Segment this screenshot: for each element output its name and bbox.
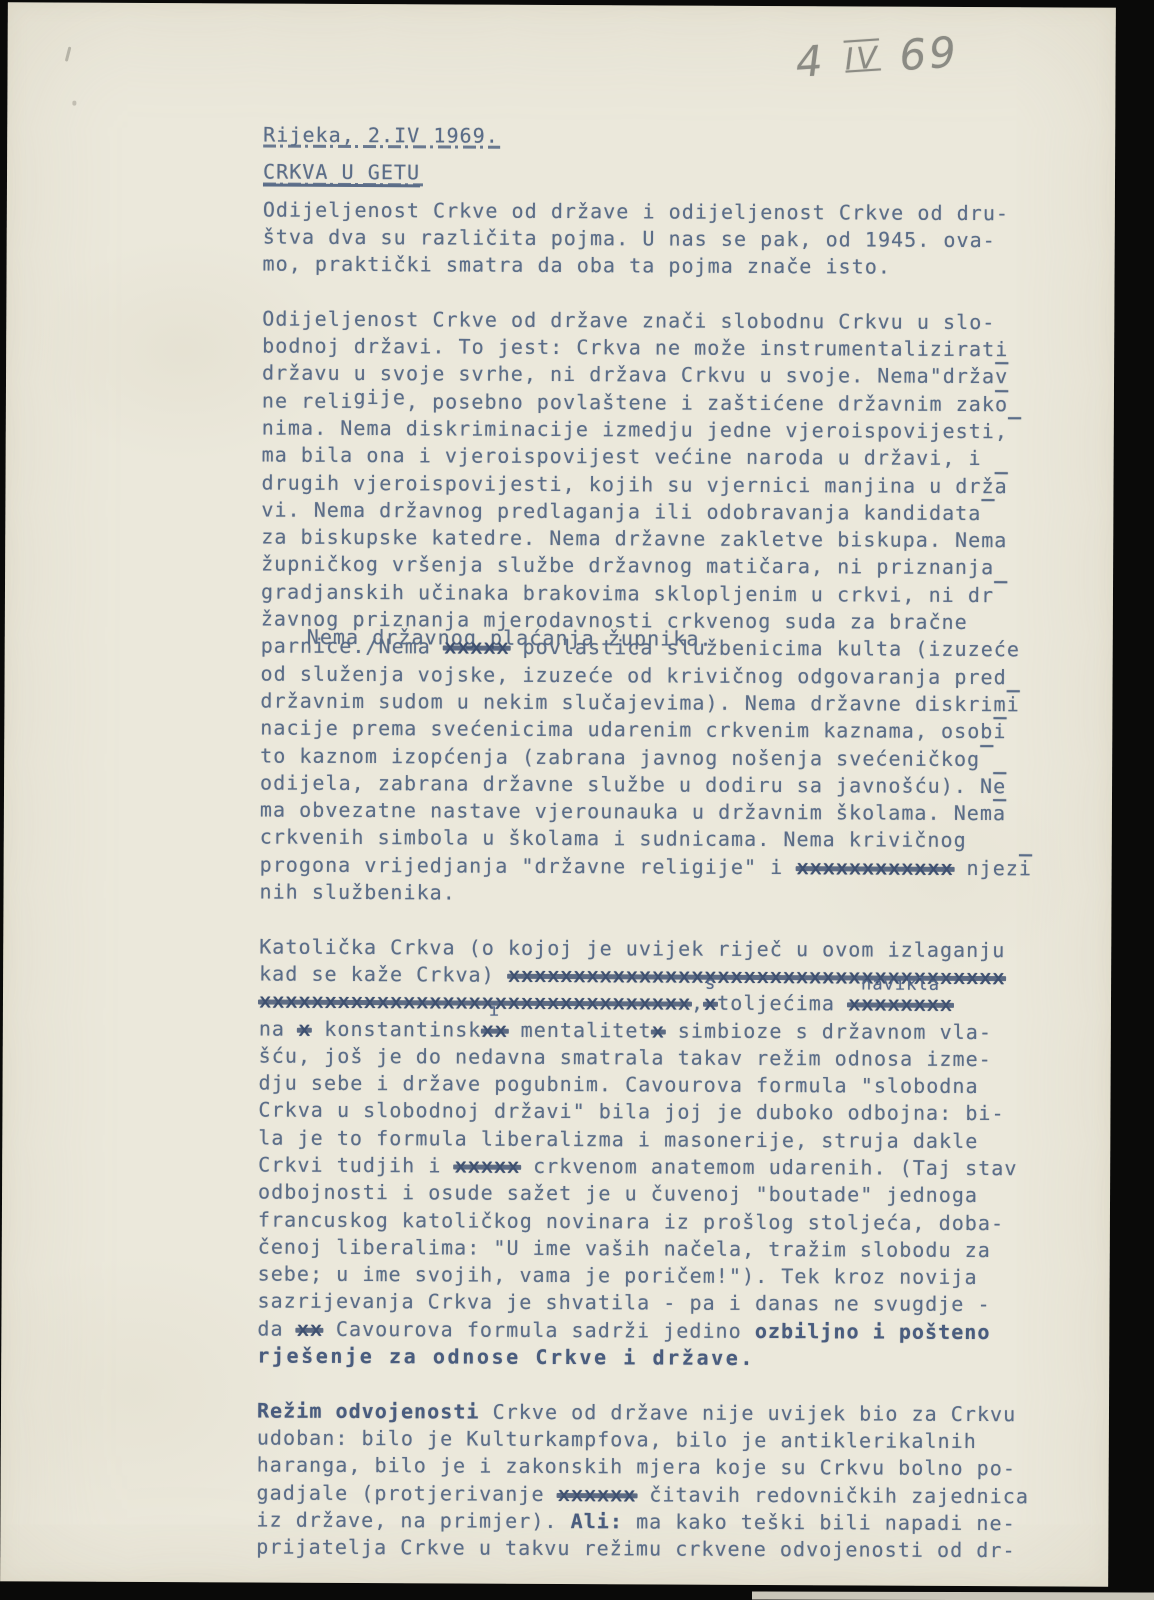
typed-line: iz države, na primjer). Ali: ma kako teš…: [256, 1506, 1056, 1537]
typed-segment: [981, 501, 994, 525]
struck-out-text: x: [298, 1016, 311, 1040]
paragraph-4: Režim odvojenosti Crkve od države nije u…: [256, 1397, 1057, 1565]
typed-line: dju sebe i države pogubnim. Cavourova fo…: [259, 1070, 1059, 1101]
photo-edge-sliver: [752, 1591, 1154, 1600]
typed-line: rješenje za odnose Crkve i države.: [257, 1343, 1057, 1374]
typed-line: haranga, bilo je i zakonskih mjera koje …: [257, 1452, 1057, 1483]
typed-segment: a: [993, 801, 1006, 825]
typewritten-page: 4 IV 69 Rijeka, 2.IV 1969. CRKVA U GETU …: [0, 2, 1116, 1586]
typed-segment: [1008, 419, 1021, 443]
typed-line: vi. Nema državnog predlaganja ili odobra…: [261, 496, 1061, 527]
typed-line: progona vrijedjanja "državne religije" i…: [260, 851, 1060, 882]
handwritten-month-roman: IV: [844, 40, 882, 77]
typed-segment: [994, 583, 1007, 607]
struck-out-text: xxxxxxxxnavikla: [848, 992, 953, 1017]
struck-out-text: xs: [704, 991, 717, 1015]
typed-line: gadjale (protjerivanje xxxxxx čitavih re…: [257, 1479, 1057, 1510]
typed-line: štva dva su različita pojma. U nas se pa…: [263, 223, 1063, 254]
typed-line: sazrijevanja Crkva je shvatila - pa i da…: [257, 1288, 1057, 1319]
typed-line: od služenja vojske, izuzeće od krivičnog…: [261, 660, 1061, 691]
typed-segment: Režim odvojenosti: [257, 1398, 480, 1423]
typed-line: nima. Nema diskriminacije izmedju jedne …: [262, 415, 1062, 446]
typed-line: gradjanskih učinaka brakovima sklopljeni…: [261, 578, 1061, 609]
typed-line: odbojnosti i osude sažet je u čuvenoj "b…: [258, 1179, 1058, 1210]
struck-out-text: xxxxx: [455, 1153, 521, 1177]
struck-out-text: xxxxxxxxxxxx: [796, 855, 953, 880]
typed-line: udoban: bilo je Kulturkampfova, bilo je …: [257, 1424, 1057, 1455]
typed-text-block: Rijeka, 2.IV 1969. CRKVA U GETU Odijelje…: [256, 122, 1063, 1565]
typed-correction-above: s: [705, 976, 716, 993]
typed-segment: [980, 747, 993, 771]
typed-line: Režim odvojenosti Crkve od države nije u…: [257, 1397, 1057, 1428]
pencil-tick-mark: [65, 46, 72, 61]
typed-segment: e: [993, 774, 1006, 798]
typed-line: bodnoj državi. To jest: Crkva ne može in…: [262, 333, 1062, 364]
paragraph-1: Odijeljenost Crkve od države i odijeljen…: [263, 196, 1063, 282]
typed-line: la je to formula liberalizma i masonerij…: [258, 1124, 1058, 1155]
typed-line: Odijeljenost Crkve od države i odijeljen…: [263, 196, 1063, 227]
handwritten-year: 69: [898, 27, 961, 80]
typed-paragraphs: Odijeljenost Crkve od države i odijeljen…: [256, 196, 1063, 1565]
typed-line: prijatelja Crkve u takvu režimu crkvene …: [256, 1534, 1056, 1565]
typed-line: francuskog katoličkog novinara iz prošlo…: [258, 1206, 1058, 1237]
typed-segment: rješenje za odnose Crkve i države.: [257, 1344, 755, 1370]
typed-segment: i: [1019, 856, 1032, 880]
typed-line: Crkva u slobodnoj državi" bila joj je du…: [258, 1097, 1058, 1128]
typed-segment: o: [995, 392, 1008, 416]
struck-out-text: xxxxx: [444, 635, 510, 659]
typed-line: župničkog vršenja službe državnog matiča…: [261, 551, 1061, 582]
typed-segment: gije: [354, 385, 406, 409]
typed-segment: v: [995, 365, 1008, 389]
typed-line: za biskupske katedre. Nema državne zakle…: [261, 524, 1061, 555]
typed-segment: i: [1007, 692, 1020, 716]
typed-line: ma bila ona i vjeroispovijest većine nar…: [262, 442, 1062, 473]
typed-line: to kaznom izopćenja (zabrana javnog noše…: [260, 742, 1060, 773]
dateline-text: Rijeka, 2.IV 1969.: [263, 123, 499, 148]
typed-line: nih službenika.: [259, 879, 1059, 910]
typed-correction-above: i: [489, 1002, 500, 1019]
typed-segment: i: [993, 719, 1006, 743]
typed-segment: Ali:: [571, 1509, 623, 1533]
handwritten-date-annotation: 4 IV 69: [794, 27, 960, 86]
typed-line: Odijeljenost Crkve od države znači slobo…: [262, 305, 1062, 336]
struck-out-text: xx: [297, 1316, 323, 1340]
typed-line: sebe; u ime svojih, vama je poričem!"). …: [258, 1261, 1058, 1292]
typed-line: državnim sudom u nekim slučajevima). Nem…: [260, 687, 1060, 718]
typed-line: na x konstantinskxxi mentalitetx simbioz…: [259, 1015, 1059, 1046]
typed-line: Katolička Crkva (o kojoj je uvijek riječ…: [259, 933, 1059, 964]
struck-out-text: xxi: [481, 1017, 507, 1041]
typed-segment: a: [995, 474, 1008, 498]
typed-correction-above: navikla: [861, 977, 940, 994]
typed-line: da xx Cavourova formula sadrži jedino oz…: [257, 1315, 1057, 1346]
struck-out-text: x: [652, 1018, 665, 1042]
typed-line: ne religije, posebno povlaštene i zaštić…: [262, 387, 1062, 418]
typed-line: xxxxxxxxxxxxxxxxxxxxxxxxxxxxxxxxx,xstolj…: [259, 988, 1059, 1019]
struck-out-text: xxxxxx: [558, 1482, 637, 1506]
typed-line: nacije prema svećenicima udarenim crkven…: [260, 715, 1060, 746]
paragraph-2: Odijeljenost Crkve od države znači slobo…: [259, 305, 1062, 909]
typed-line: čenoj liberalima: "U ime vaših načela, t…: [258, 1233, 1058, 1264]
typed-line: Crkvi tudjih i xxxxx crkvenom anatemom u…: [258, 1152, 1058, 1183]
typed-line: šću, još je do nedavna smatrala takav re…: [259, 1042, 1059, 1073]
paragraph-3: Katolička Crkva (o kojoj je uvijek riječ…: [257, 933, 1059, 1374]
pencil-dot-mark: [72, 101, 76, 106]
typed-segment: ozbiljno i pošteno: [755, 1319, 991, 1344]
handwritten-day: 4: [794, 36, 827, 87]
typed-line: odijela, zabrana državne službe u dodiru…: [260, 769, 1060, 800]
document-header: Rijeka, 2.IV 1969. CRKVA U GETU: [263, 122, 1063, 190]
typed-line: ma obvezatne nastave vjerounauka u držav…: [260, 797, 1060, 828]
typed-line: crkvenih simbola u školama i sudnicama. …: [260, 824, 1060, 855]
struck-out-text: xxxxxxxxxxxxxxxxxxxxxxxxxxxxxxxxx: [259, 989, 691, 1015]
typed-line: mo, praktički smatra da oba ta pojma zna…: [263, 251, 1063, 282]
typed-line: drugih vjeroispovijesti, kojih su vjerni…: [261, 469, 1061, 500]
